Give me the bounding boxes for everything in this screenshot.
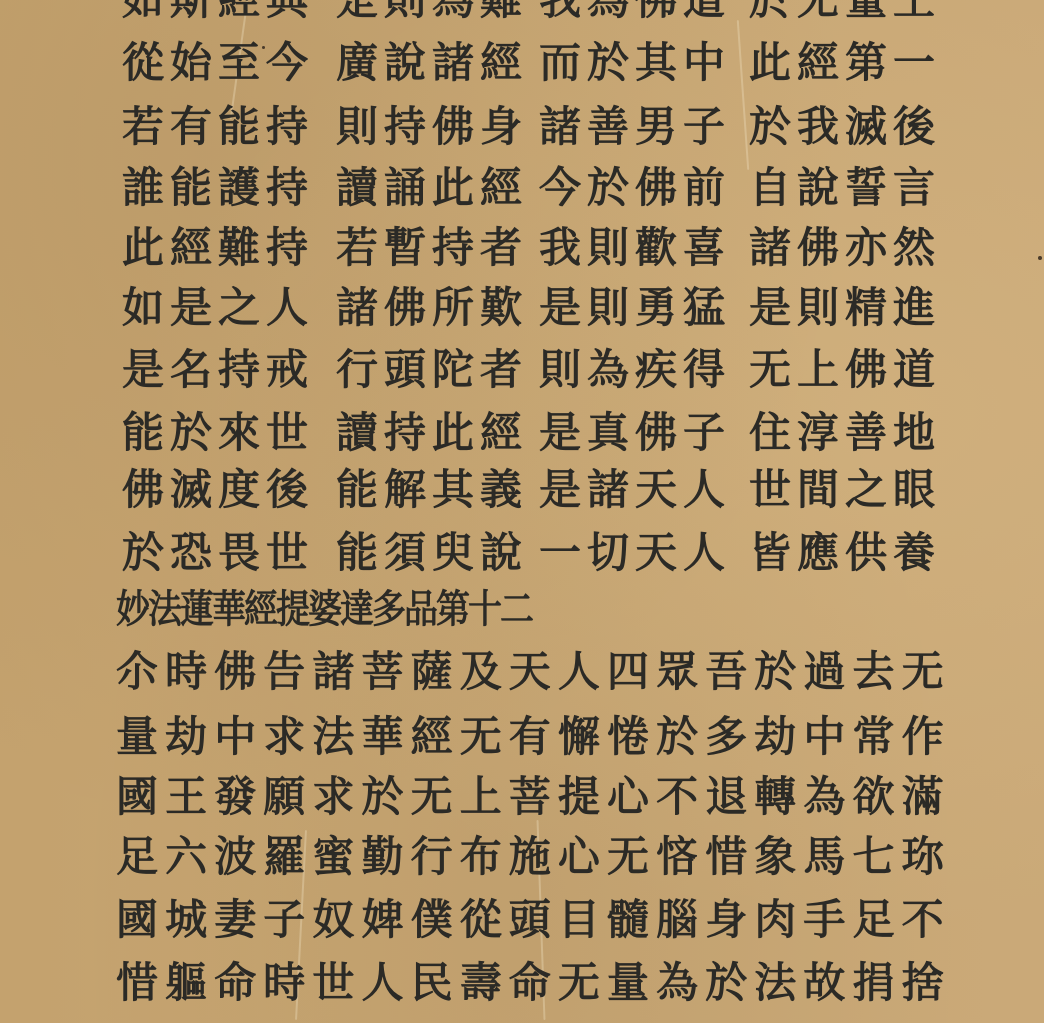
prose-text: 惜軀命時世人民壽命无量為於法故捐捨 bbox=[116, 962, 951, 1004]
verse-line: 於恐畏世 能須臾說 一切天人 皆應供養 bbox=[0, 532, 1044, 574]
verse-phrase: 今於佛前 bbox=[539, 167, 731, 209]
prose-text: 足六波羅蜜勤行布施心无悋惜象馬七珎 bbox=[116, 836, 951, 878]
verse-phrase: 從始至今 bbox=[122, 42, 314, 84]
prose-text: 國王發願求於无上菩提心不退轉為欲滿 bbox=[116, 776, 951, 818]
verse-line: 若有能持 則持佛身 諸善男子 於我滅後 bbox=[0, 106, 1044, 148]
verse-phrase: 我為佛道 bbox=[539, 0, 731, 21]
verse-phrase: 皆應供養 bbox=[749, 532, 941, 574]
prose-line: 量劫中求法華經无有懈惓於多劫中常作 bbox=[0, 716, 1044, 758]
verse-phrase: 諸善男子 bbox=[539, 106, 731, 148]
verse-phrase: 能解其義 bbox=[336, 469, 528, 511]
verse-phrase: 一切天人 bbox=[539, 532, 731, 574]
verse-phrase: 則為疾得 bbox=[539, 349, 731, 391]
prose-line: 惜軀命時世人民壽命无量為於法故捐捨 bbox=[0, 962, 1044, 1004]
verse-phrase: 讀誦此經 bbox=[336, 167, 528, 209]
verse-phrase: 諸佛亦然 bbox=[749, 227, 941, 269]
verse-phrase: 如斯經典 bbox=[122, 0, 314, 21]
prose-text: 量劫中求法華經无有懈惓於多劫中常作 bbox=[116, 716, 951, 758]
verse-phrase: 能須臾說 bbox=[336, 532, 528, 574]
verse-phrase: 是則勇猛 bbox=[539, 287, 731, 329]
verse-phrase: 如是之人 bbox=[122, 287, 314, 329]
verse-phrase: 於恐畏世 bbox=[122, 532, 314, 574]
chapter-title: 妙法蓮華經提婆達多品第十二 bbox=[116, 589, 532, 630]
verse-phrase: 是則為難 bbox=[336, 0, 528, 21]
verse-phrase: 廣說諸經 bbox=[336, 42, 528, 84]
verse-line: 此經難持 若暫持者 我則歡喜 諸佛亦然 bbox=[0, 227, 1044, 269]
prose-line: 尒時佛告諸菩薩及天人四眾吾於過去无 bbox=[0, 651, 1044, 693]
verse-phrase: 而於其中 bbox=[539, 42, 731, 84]
prose-line: 足六波羅蜜勤行布施心无悋惜象馬七珎 bbox=[0, 836, 1044, 878]
verse-phrase: 則持佛身 bbox=[336, 106, 528, 148]
verse-phrase: 我則歡喜 bbox=[539, 227, 731, 269]
verse-phrase: 佛滅度後 bbox=[122, 469, 314, 511]
verse-phrase: 讀持此經 bbox=[336, 412, 528, 454]
prose-line: 國城妻子奴婢僕從頭目髓腦身肉手足不 bbox=[0, 899, 1044, 941]
verse-phrase: 此經第一 bbox=[749, 42, 941, 84]
verse-phrase: 若暫持者 bbox=[336, 227, 528, 269]
verse-phrase: 是名持戒 bbox=[122, 349, 314, 391]
verse-phrase: 无上佛道 bbox=[749, 349, 941, 391]
verse-phrase: 於我滅後 bbox=[749, 106, 941, 148]
verse-phrase: 諸佛所歎 bbox=[336, 287, 528, 329]
verse-line: 如是之人 諸佛所歎 是則勇猛 是則精進 bbox=[0, 287, 1044, 329]
verse-phrase: 是諸天人 bbox=[539, 469, 731, 511]
verse-line: 是名持戒 行頭陀者 則為疾得 无上佛道 bbox=[0, 349, 1044, 391]
verse-phrase: 於无量土 bbox=[749, 0, 941, 21]
verse-line: 如斯經典 是則為難 我為佛道 於无量土 bbox=[0, 0, 1044, 21]
verse-phrase: 住淳善地 bbox=[749, 412, 941, 454]
verse-phrase: 若有能持 bbox=[122, 106, 314, 148]
verse-phrase: 能於來世 bbox=[122, 412, 314, 454]
chapter-title-line: 妙法蓮華經提婆達多品第十二 bbox=[0, 592, 1044, 628]
verse-phrase: 是真佛子 bbox=[539, 412, 731, 454]
verse-line: 從始至今 廣說諸經 而於其中 此經第一 bbox=[0, 42, 1044, 84]
verse-line: 誰能護持 讀誦此經 今於佛前 自說誓言 bbox=[0, 167, 1044, 209]
verse-phrase: 誰能護持 bbox=[122, 167, 314, 209]
verse-phrase: 世間之眼 bbox=[749, 469, 941, 511]
verse-line: 能於來世 讀持此經 是真佛子 住淳善地 bbox=[0, 412, 1044, 454]
verse-phrase: 自說誓言 bbox=[749, 167, 941, 209]
prose-text: 國城妻子奴婢僕從頭目髓腦身肉手足不 bbox=[116, 899, 951, 941]
prose-text: 尒時佛告諸菩薩及天人四眾吾於過去无 bbox=[116, 651, 951, 693]
manuscript-scroll: 如斯經典 是則為難 我為佛道 於无量土 從始至今 廣說諸經 而於其中 此經第一 … bbox=[0, 0, 1044, 1023]
verse-phrase: 是則精進 bbox=[749, 287, 941, 329]
verse-line: 佛滅度後 能解其義 是諸天人 世間之眼 bbox=[0, 469, 1044, 511]
verse-phrase: 行頭陀者 bbox=[336, 349, 528, 391]
verse-phrase: 此經難持 bbox=[122, 227, 314, 269]
prose-line: 國王發願求於无上菩提心不退轉為欲滿 bbox=[0, 776, 1044, 818]
